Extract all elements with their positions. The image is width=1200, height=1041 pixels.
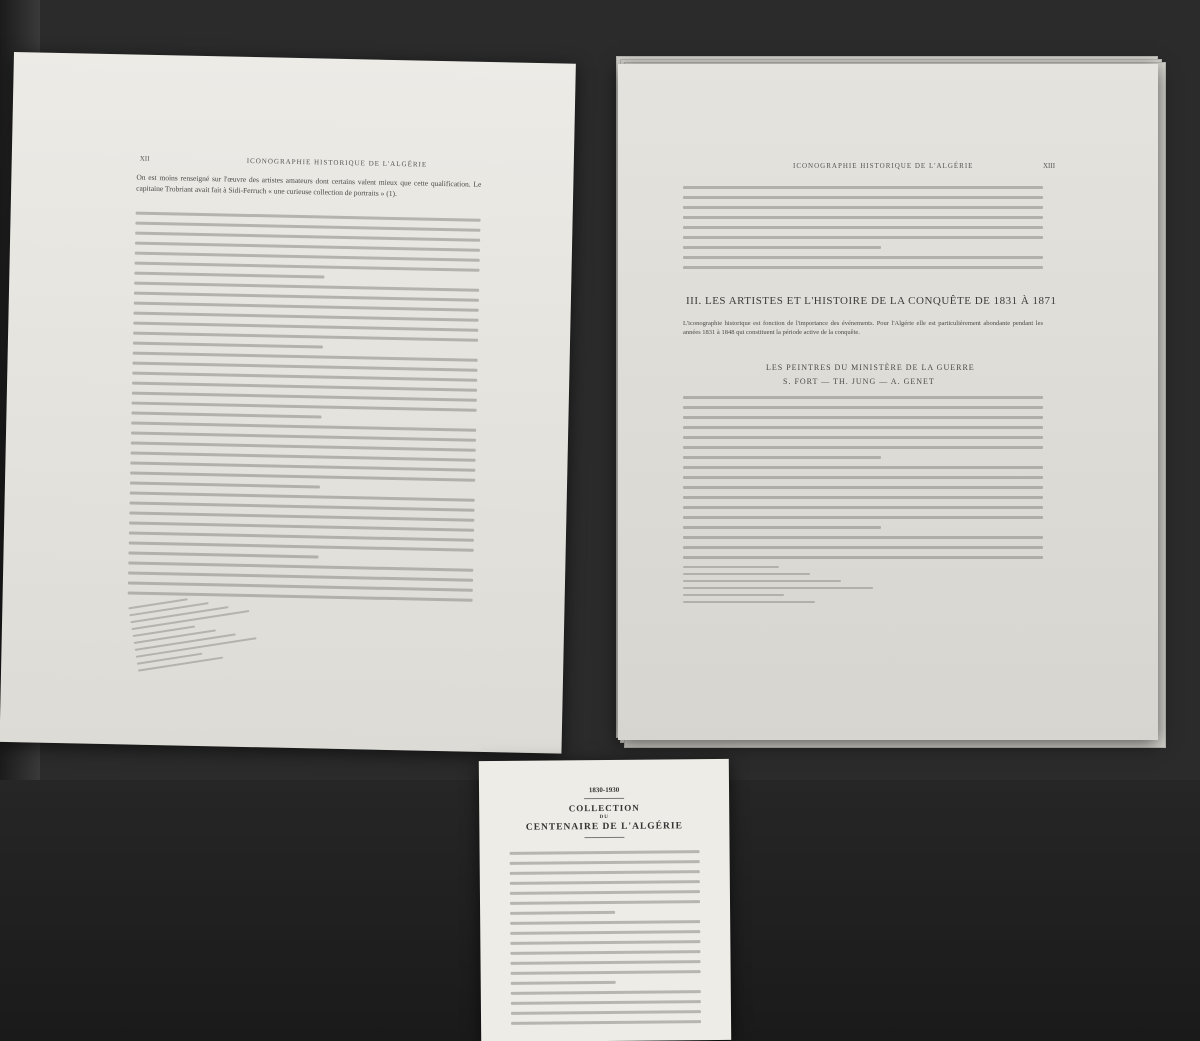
footnote xyxy=(683,601,815,603)
right-footnotes xyxy=(683,561,923,608)
section-title: III. LES ARTISTES ET L'HISTOIRE DE LA CO… xyxy=(686,295,1057,307)
left-page-folio: XII xyxy=(140,155,150,163)
footnote xyxy=(683,580,841,582)
section-intro: L'iconographie historique est fonction d… xyxy=(683,319,1043,337)
footnote xyxy=(138,657,223,672)
footnote xyxy=(683,587,873,589)
subsection-names: S. FORT — TH. JUNG — A. GENET xyxy=(783,377,935,386)
left-page: XII ICONOGRAPHIE HISTORIQUE DE L'ALGÉRIE… xyxy=(0,52,576,754)
footnote xyxy=(683,594,784,596)
pamphlet-dates: 1830-1930 xyxy=(479,785,729,795)
footnote xyxy=(683,566,779,568)
footnote xyxy=(683,573,810,575)
left-running-head: ICONOGRAPHIE HISTORIQUE DE L'ALGÉRIE xyxy=(247,157,428,169)
pamphlet-title-line1: COLLECTION xyxy=(479,802,729,814)
pamphlet-title-joiner: DU xyxy=(479,814,729,821)
right-body-top xyxy=(683,179,1043,276)
pamphlet-title-line2: CENTENAIRE DE L'ALGÉRIE xyxy=(479,821,729,833)
pamphlet-body xyxy=(510,843,702,1032)
right-body-text xyxy=(683,389,1043,566)
right-running-head: ICONOGRAPHIE HISTORIQUE DE L'ALGÉRIE xyxy=(793,162,973,170)
right-page: ICONOGRAPHIE HISTORIQUE DE L'ALGÉRIE XII… xyxy=(618,64,1158,740)
left-body-text xyxy=(128,205,481,609)
left-first-paragraph: On est moins renseigné sur l'œuvre des a… xyxy=(136,173,481,201)
centenary-pamphlet: 1830-1930 COLLECTION DU CENTENAIRE DE L'… xyxy=(479,759,731,1041)
subsection-title: LES PEINTRES DU MINISTÈRE DE LA GUERRE xyxy=(766,363,975,372)
right-page-folio: XIII xyxy=(1043,162,1055,170)
